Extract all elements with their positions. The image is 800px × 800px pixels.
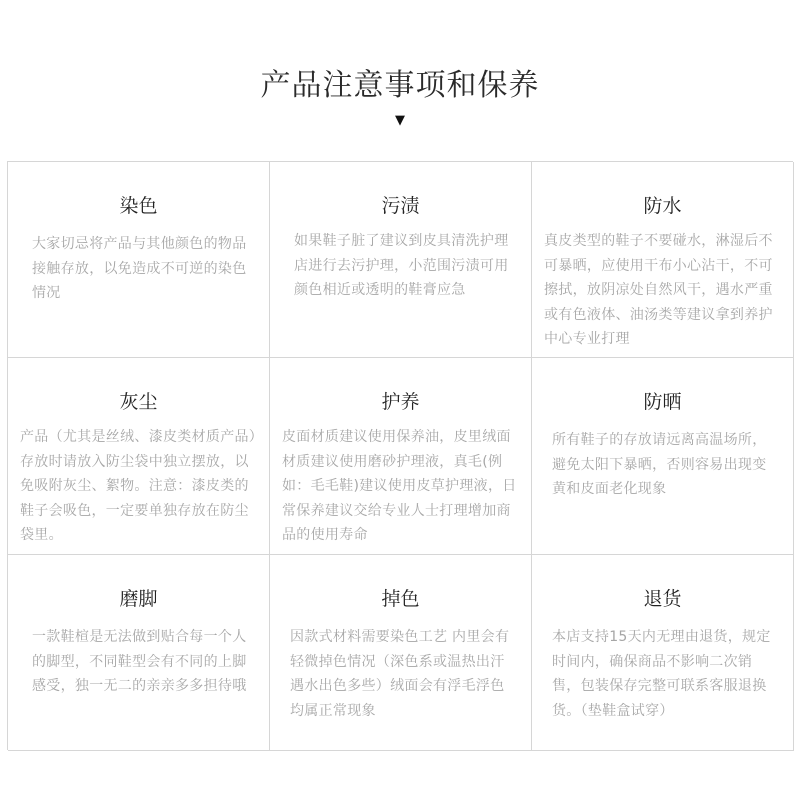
- care-instructions-page: 产品注意事项和保养 ▼ 染色 大家切忌将产品与其他颜色的物品接触存放，以免造成不…: [0, 0, 800, 800]
- card-title: 退货: [532, 585, 793, 613]
- card-returns: 退货 本店支持15天内无理由退货，规定时间内，确保商品不影响二次销售，包装保存完…: [532, 555, 794, 751]
- card-title: 污渍: [270, 192, 531, 220]
- card-title: 防晒: [532, 388, 793, 416]
- page-title: 产品注意事项和保养: [0, 64, 800, 108]
- card-maintenance: 护养 皮面材质建议使用保养油，皮里绒面材质建议使用磨砂护理液，真毛(例如：毛毛鞋…: [270, 358, 532, 555]
- card-sun-protection: 防晒 所有鞋子的存放请远离高温场所，避免太阳下暴晒，否则容易出现变黄和皮面老化现…: [532, 358, 794, 555]
- card-body: 大家切忌将产品与其他颜色的物品接触存放，以免造成不可逆的染色情况: [32, 232, 253, 306]
- down-arrow-icon: ▼: [0, 113, 800, 129]
- card-body: 产品（尤其是丝绒、漆皮类材质产品）存放时请放入防尘袋中独立摆放，以免吸附灰尘、絮…: [20, 425, 257, 548]
- card-dust: 灰尘 产品（尤其是丝绒、漆皮类材质产品）存放时请放入防尘袋中独立摆放，以免吸附灰…: [8, 358, 270, 555]
- card-title: 磨脚: [8, 585, 269, 613]
- card-body: 皮面材质建议使用保养油，皮里绒面材质建议使用磨砂护理液，真毛(例如：毛毛鞋)建议…: [282, 425, 519, 548]
- card-body: 因款式材料需要染色工艺 内里会有轻微掉色情况（深色系或温热出汗遇水出色多些）绒面…: [290, 625, 517, 723]
- card-title: 染色: [8, 192, 269, 220]
- card-body: 如果鞋子脏了建议到皮具清洗护理店进行去污护理，小范围污渍可用颜色相近或透明的鞋膏…: [294, 229, 515, 303]
- card-title: 掉色: [270, 585, 531, 613]
- card-title: 防水: [532, 192, 793, 220]
- card-color-fading: 掉色 因款式材料需要染色工艺 内里会有轻微掉色情况（深色系或温热出汗遇水出色多些…: [270, 555, 532, 751]
- card-body: 本店支持15天内无理由退货，规定时间内，确保商品不影响二次销售，包装保存完整可联…: [552, 625, 779, 723]
- card-body: 真皮类型的鞋子不要碰水，淋湿后不可暴晒，应使用干布小心沾干，不可擦拭，放阴凉处自…: [544, 229, 781, 352]
- card-waterproof: 防水 真皮类型的鞋子不要碰水，淋湿后不可暴晒，应使用干布小心沾干，不可擦拭，放阴…: [532, 162, 794, 358]
- card-stains: 污渍 如果鞋子脏了建议到皮具清洗护理店进行去污护理，小范围污渍可用颜色相近或透明…: [270, 162, 532, 358]
- card-title: 灰尘: [8, 388, 269, 416]
- card-title: 护养: [270, 388, 531, 416]
- card-foot-chafing: 磨脚 一款鞋楦是无法做到贴合每一个人的脚型，不同鞋型会有不同的上脚感受，独一无二…: [8, 555, 270, 751]
- care-grid: 染色 大家切忌将产品与其他颜色的物品接触存放，以免造成不可逆的染色情况 污渍 如…: [7, 161, 793, 750]
- card-dyeing: 染色 大家切忌将产品与其他颜色的物品接触存放，以免造成不可逆的染色情况: [8, 162, 270, 358]
- card-body: 一款鞋楦是无法做到贴合每一个人的脚型，不同鞋型会有不同的上脚感受，独一无二的亲亲…: [32, 625, 253, 699]
- card-body: 所有鞋子的存放请远离高温场所，避免太阳下暴晒，否则容易出现变黄和皮面老化现象: [552, 428, 779, 502]
